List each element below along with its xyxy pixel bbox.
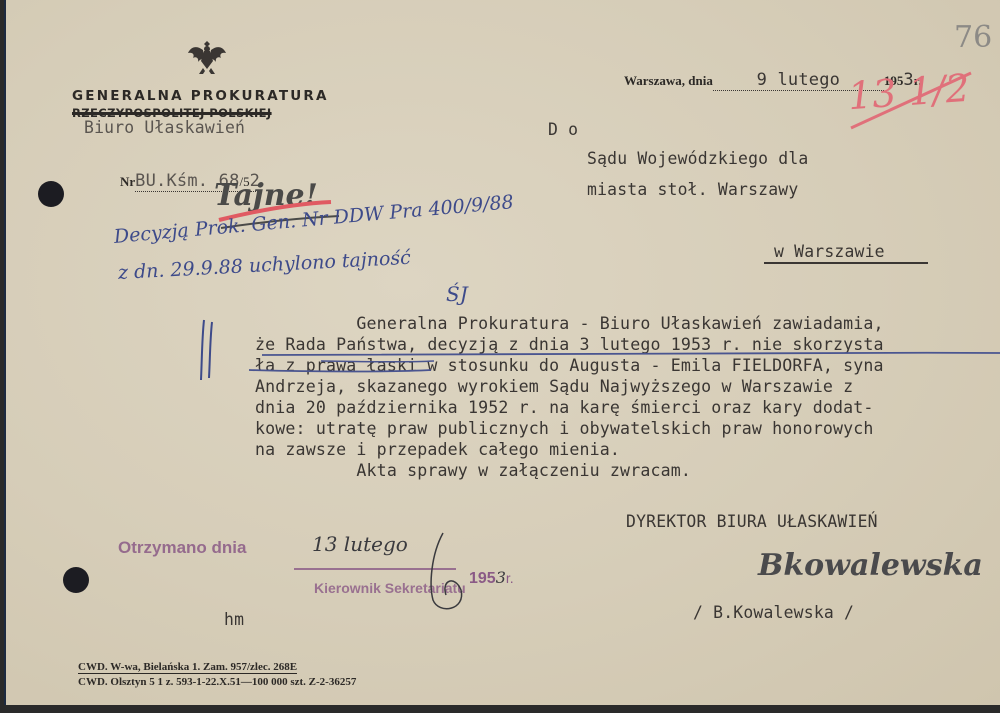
margin-mark	[199, 318, 215, 382]
pen-underlines	[216, 350, 1000, 375]
handwritten-signature: Bkowalewska	[758, 548, 983, 583]
punch-hole-bottom	[63, 567, 89, 593]
recipient-underline	[764, 262, 928, 264]
body-line-5: dnia 20 października 1952 r. na karę śmi…	[255, 398, 874, 417]
signatory-name: / B.Kowalewska /	[693, 603, 854, 622]
declassification-note-line-2: z dn. 29.9.88 uchylono tajność	[117, 247, 411, 284]
body-line-4: Andrzeja, skazanego wyrokiem Sądu Najwyż…	[255, 377, 853, 396]
signature-title: DYREKTOR BIURA UŁASKAWIEŃ	[626, 512, 878, 531]
recipient-line-2: miasta stoł. Warszawy	[587, 180, 798, 199]
received-year-digit: 3	[496, 568, 506, 587]
recipient-line-3: w Warszawie	[774, 242, 885, 261]
folio-number: 76	[954, 20, 992, 55]
annotation-initials: ŚJ	[446, 282, 468, 306]
typist-initials: hm	[224, 610, 244, 629]
body-line-8: Akta sprawy w załączeniu zwracam.	[255, 461, 691, 480]
body-line-1: Generalna Prokuratura - Biuro Ułaskawień…	[255, 314, 884, 333]
date-place: Warszawa, dnia	[624, 73, 713, 88]
received-year-prefix: 195	[469, 570, 496, 587]
institution-name: GENERALNA PROKURATURA	[72, 88, 329, 104]
received-handwritten-date: 13 lutego	[312, 532, 408, 556]
body-line-7: na zawsze i przepadek całego mienia.	[255, 440, 620, 459]
document-page: GENERALNA PROKURATURA RZECZYPOSPOLITEJ P…	[4, 0, 1000, 705]
red-strike-line	[846, 68, 986, 138]
office-name: Biuro Ułaskawień	[84, 118, 245, 137]
recipient-to: D o	[548, 120, 578, 139]
body-line-6: kowe: utratę praw publicznych i obywatel…	[255, 419, 874, 438]
printer-footer-line-2: CWD. Olsztyn 5 1 z. 593-1-22.X.51—100 00…	[78, 676, 356, 688]
received-year-suffix: r.	[506, 570, 514, 586]
polish-eagle-emblem-icon	[186, 37, 228, 77]
punch-hole-top	[38, 181, 64, 207]
ref-prefix: Nr	[120, 174, 135, 189]
received-paraph	[421, 530, 471, 615]
received-stamp-label: Otrzymano dnia	[118, 538, 246, 558]
recipient-line-1: Sądu Wojewódzkiego dla	[587, 149, 809, 168]
printer-footer-line-1: CWD. W-wa, Bielańska 1. Zam. 957/zlec. 2…	[78, 661, 297, 674]
